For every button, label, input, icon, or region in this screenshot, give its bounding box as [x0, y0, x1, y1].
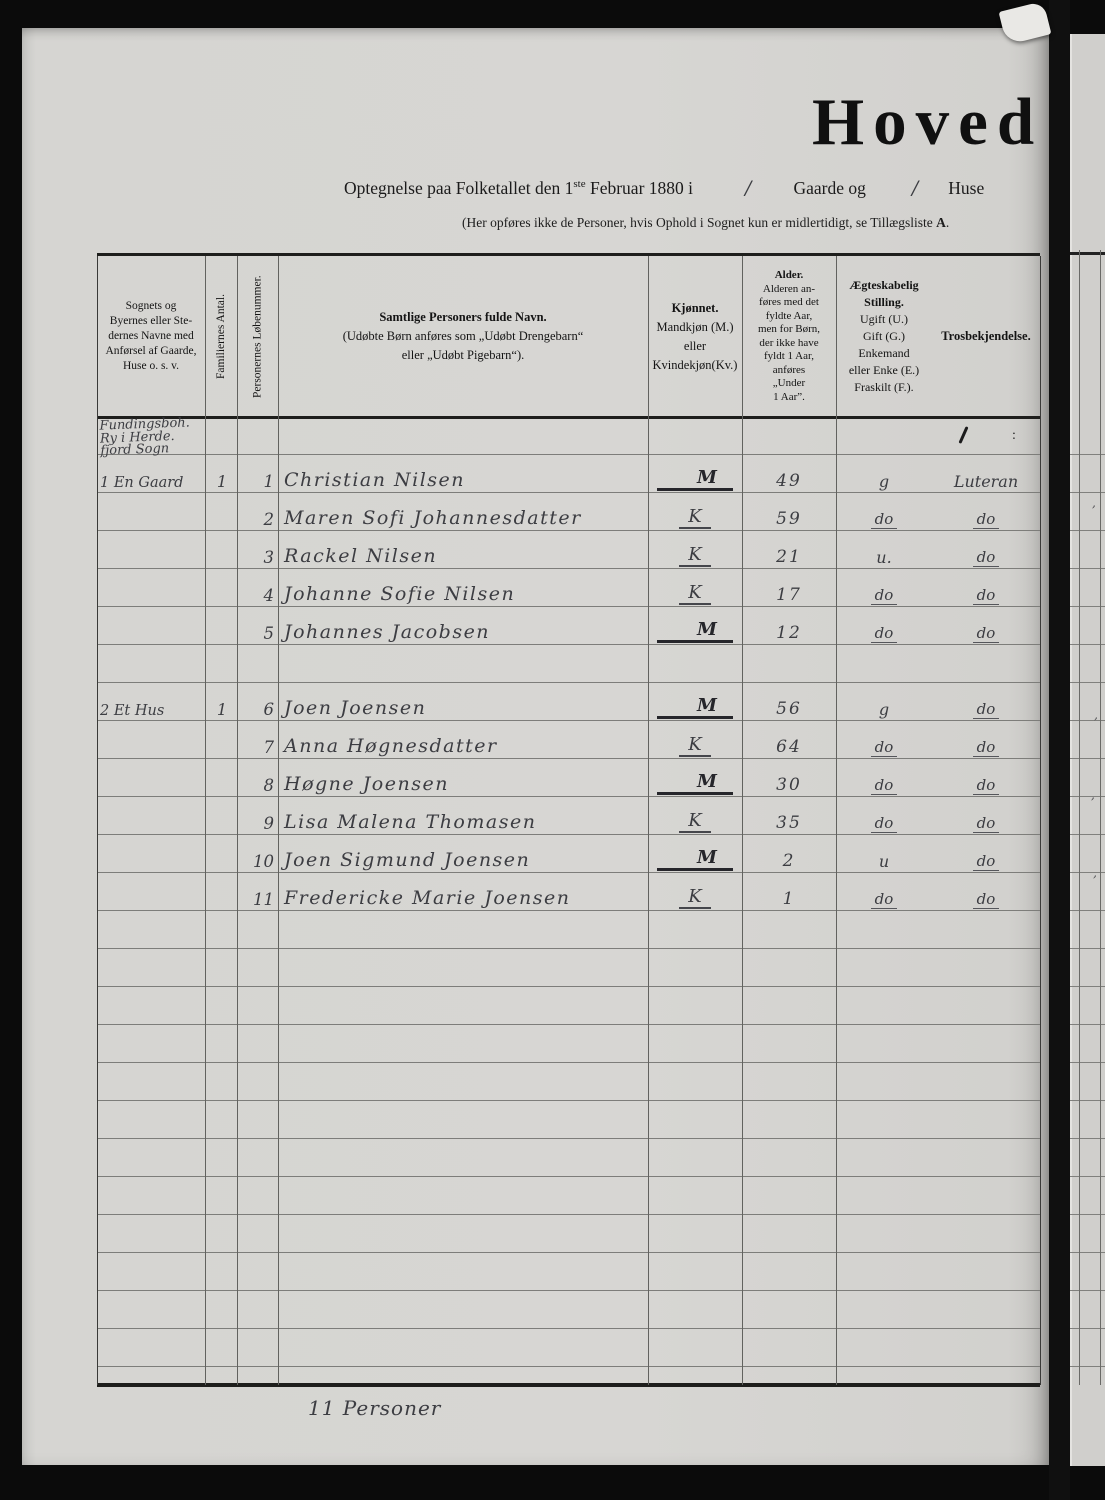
cell-sex: K	[648, 506, 742, 529]
cell-person-number: 3	[238, 548, 274, 567]
cell-marital-status: do	[836, 813, 932, 833]
cell-place: 2 Et Hus	[100, 703, 206, 719]
cell-full-name: Høgne Joensen	[284, 773, 646, 795]
header-age: Alder. Alderen an- føres med det fyldte …	[743, 257, 835, 416]
cell-families-count: 1	[207, 472, 237, 491]
gaarde-count-mark: /	[745, 177, 751, 199]
cell-religion-value: do	[973, 852, 1000, 871]
cell-religion-value: do	[973, 700, 1000, 719]
cell-religion: do	[932, 623, 1040, 643]
cell-marital-status: do	[836, 623, 932, 643]
cell-religion: do	[932, 547, 1040, 567]
cell-person-number: 4	[238, 586, 274, 605]
cell-marital-status: do	[836, 509, 932, 529]
table-row: 8Høgne JoensenM30dodo	[0, 761, 1105, 797]
cell-sex-value: K	[679, 544, 710, 567]
cell-person-number: 2	[238, 510, 274, 529]
cell-full-name: Rackel Nilsen	[284, 545, 646, 567]
cell-sex: M	[648, 771, 742, 795]
cell-marital-status: g	[836, 700, 932, 719]
table-top-rule	[97, 253, 1040, 256]
cell-sex-value: M	[657, 771, 733, 795]
cell-marital-status-value: do	[871, 624, 898, 643]
table-row: 9Lisa Malena ThomasenK35dodo	[0, 799, 1105, 835]
cell-age: 49	[742, 471, 836, 491]
cell-religion: do	[932, 889, 1040, 909]
cell-marital-status: do	[836, 775, 932, 795]
page-title: Hoved	[812, 84, 1062, 161]
subtitle-line: Optegnelse paa Folketallet den 1ste Febr…	[344, 177, 1054, 199]
cell-person-number: 7	[238, 738, 274, 757]
cell-age: 21	[742, 547, 836, 567]
cell-religion: do	[932, 775, 1040, 795]
table-row: 7Anna HøgnesdatterK64dodo	[0, 723, 1105, 759]
cell-person-number: 9	[238, 814, 274, 833]
cell-religion-value: do	[973, 738, 1000, 757]
ink-mark: :	[1012, 428, 1016, 444]
table-row: 3Rackel NilsenK21u.do	[0, 533, 1105, 569]
cell-sex-value: K	[679, 810, 710, 833]
cell-sex-value: K	[679, 886, 710, 909]
cell-marital-status-value: do	[871, 776, 898, 795]
district-heading: Fundingsboh. Ry i Herde. fjord Sogn	[99, 417, 191, 458]
cell-sex: M	[648, 847, 742, 871]
cell-religion-value: do	[973, 586, 1000, 605]
cell-families-count: 1	[207, 700, 237, 719]
cell-religion: do	[932, 851, 1040, 871]
cell-sex: M	[648, 695, 742, 719]
table-row: 10Joen Sigmund JoensenM2udo	[0, 837, 1105, 873]
cell-religion: do	[932, 737, 1040, 757]
cell-sex: K	[648, 886, 742, 909]
cell-religion: do	[932, 509, 1040, 529]
cell-age: 1	[742, 889, 836, 909]
cell-religion: do	[932, 699, 1040, 719]
subtitle-text: Optegnelse paa Folketallet den 1	[344, 178, 573, 198]
cell-marital-status-value: do	[871, 814, 898, 833]
cell-marital-status: do	[836, 889, 932, 909]
cell-sex-value: M	[657, 467, 733, 491]
cell-person-number: 1	[238, 472, 274, 491]
cell-full-name: Johannes Jacobsen	[284, 621, 646, 643]
total-persons-note: 11 Personer	[308, 1396, 441, 1420]
cell-full-name: Joen Sigmund Joensen	[284, 849, 646, 871]
cell-age: 35	[742, 813, 836, 833]
cell-sex: K	[648, 734, 742, 757]
cell-age: 56	[742, 699, 836, 719]
cell-full-name: Maren Sofi Johannesdatter	[284, 507, 646, 529]
cell-sex: K	[648, 810, 742, 833]
cell-age: 30	[742, 775, 836, 795]
cell-marital-status: do	[836, 737, 932, 757]
table-row: 4Johanne Sofie NilsenK17dodo	[0, 571, 1105, 607]
cell-sex: K	[648, 582, 742, 605]
cell-age: 2	[742, 851, 836, 871]
cell-full-name: Anna Høgnesdatter	[284, 735, 646, 757]
cell-marital-status-value: do	[871, 738, 898, 757]
cell-place: 1 En Gaard	[100, 475, 206, 491]
note-line: (Her opføres ikke de Personer, hvis Opho…	[462, 215, 1062, 231]
cell-person-number: 5	[238, 624, 274, 643]
cell-sex-value: M	[657, 847, 733, 871]
cell-sex-value: K	[679, 734, 710, 757]
scanned-census-page: Hoved Optegnelse paa Folketallet den 1st…	[0, 0, 1105, 1500]
cell-sex: K	[648, 544, 742, 567]
cell-religion: Luteran	[932, 472, 1040, 491]
cell-marital-status-value: do	[871, 890, 898, 909]
header-place-column: Sognets og Byernes eller Ste- dernes Nav…	[99, 257, 203, 416]
table-row: 2 Et Hus16Joen JoensenM56gdo	[0, 685, 1105, 721]
cell-age: 64	[742, 737, 836, 757]
cell-marital-status-value: do	[871, 586, 898, 605]
cell-full-name: Joen Joensen	[284, 697, 646, 719]
cell-full-name: Fredericke Marie Joensen	[284, 887, 646, 909]
gaarde-label: Gaarde og	[793, 178, 865, 198]
cell-marital-status: g	[836, 472, 932, 491]
cell-religion-value: do	[973, 510, 1000, 529]
cell-religion-value: do	[973, 624, 1000, 643]
cell-religion-value: do	[973, 776, 1000, 795]
cell-religion-value: do	[973, 548, 1000, 567]
header-families-count: Familiernes Antal.	[206, 257, 236, 416]
cell-religion-value: do	[973, 814, 1000, 833]
cell-person-number: 10	[238, 852, 274, 871]
cell-person-number: 6	[238, 700, 274, 719]
cell-marital-status-value: do	[871, 510, 898, 529]
cell-full-name: Lisa Malena Thomasen	[284, 811, 646, 833]
cell-full-name: Johanne Sofie Nilsen	[284, 583, 646, 605]
table-row: 2Maren Sofi JohannesdatterK59dodo	[0, 495, 1105, 531]
cell-age: 59	[742, 509, 836, 529]
cell-sex-value: K	[679, 506, 710, 529]
table-row: 1 En Gaard11Christian NilsenM49gLuteran	[0, 457, 1105, 493]
cell-marital-status: do	[836, 585, 932, 605]
huse-label: Huse	[948, 178, 984, 198]
table-row: 5Johannes JacobsenM12dodo	[0, 609, 1105, 645]
cell-sex: M	[648, 619, 742, 643]
table-row: 11Fredericke Marie JoensenK1dodo	[0, 875, 1105, 911]
cell-person-number: 8	[238, 776, 274, 795]
cell-marital-status: u.	[836, 548, 932, 567]
cell-sex-value: M	[657, 695, 733, 719]
header-marital-status: Ægteskabelig Stilling. Ugift (U.) Gift (…	[837, 257, 931, 416]
subtitle-text-post: Februar 1880 i	[586, 178, 693, 198]
cell-religion: do	[932, 813, 1040, 833]
huse-count-mark: /	[912, 177, 918, 199]
cell-full-name: Christian Nilsen	[284, 469, 646, 491]
cell-age: 12	[742, 623, 836, 643]
header-full-name: Samtlige Personers fulde Navn. (Udøbte B…	[280, 257, 646, 416]
cell-sex: M	[648, 467, 742, 491]
cell-person-number: 11	[238, 890, 274, 909]
cell-sex-value: K	[679, 582, 710, 605]
cell-marital-status: u	[836, 852, 932, 871]
table-bottom-rule	[97, 1383, 1040, 1387]
cell-religion-value: do	[973, 890, 1000, 909]
cell-age: 17	[742, 585, 836, 605]
subtitle-ordinal: ste	[573, 178, 585, 190]
header-religion: Trosbekjendelse.	[933, 257, 1039, 416]
cell-sex-value: M	[657, 619, 733, 643]
cell-religion: do	[932, 585, 1040, 605]
header-person-number: Personernes Løbenummer.	[238, 257, 277, 416]
header-sex: Kjønnet. Mandkjøn (M.) eller Kvindekjøn(…	[649, 257, 741, 416]
